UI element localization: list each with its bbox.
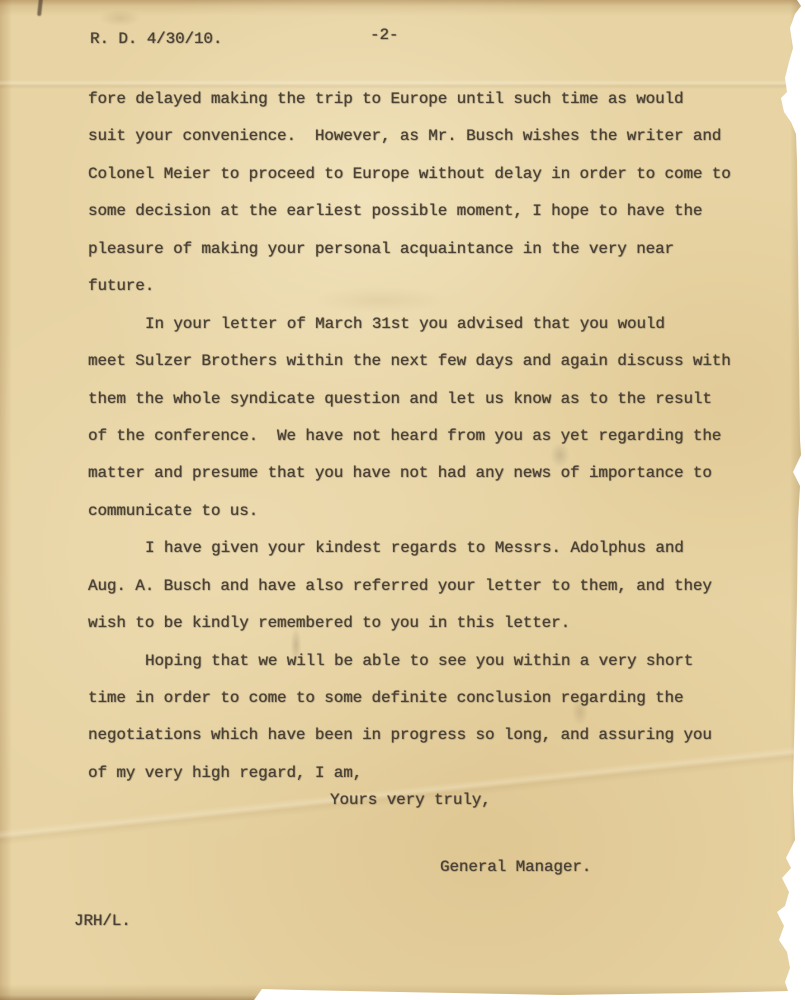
letter-line: Aug. A. Busch and have also referred you…: [88, 568, 765, 605]
letter-closing: Yours very truly,: [330, 791, 491, 809]
signature-title: General Manager.: [440, 858, 591, 876]
letter-reference-date: R. D. 4/30/10.: [90, 30, 222, 48]
letter-line: pleasure of making your personal acquain…: [88, 231, 765, 268]
letter-line: some decision at the earliest possible m…: [88, 193, 765, 230]
letter-line: of the conference. We have not heard fro…: [88, 418, 765, 455]
letter-line: I have given your kindest regards to Mes…: [88, 530, 765, 567]
letter-line: matter and presume that you have not had…: [88, 455, 765, 492]
letter-line: Colonel Meier to proceed to Europe witho…: [88, 156, 765, 193]
pencil-mark: [37, 0, 43, 16]
letter-line: time in order to come to some definite c…: [88, 680, 765, 717]
typist-initials: JRH/L.: [74, 912, 131, 930]
letter-body: fore delayed making the trip to Europe u…: [88, 81, 765, 792]
letter-line: In your letter of March 31st you advised…: [88, 306, 765, 343]
scanned-letter-page: R. D. 4/30/10. -2- fore delayed making t…: [0, 0, 805, 1000]
letter-line: future.: [88, 268, 765, 305]
letter-line: fore delayed making the trip to Europe u…: [88, 81, 765, 118]
paper-sheet: R. D. 4/30/10. -2- fore delayed making t…: [0, 0, 805, 1000]
letter-line: of my very high regard, I am,: [88, 755, 765, 792]
letter-line: wish to be kindly remembered to you in t…: [88, 605, 765, 642]
page-number: -2-: [370, 26, 398, 44]
letter-line: negotiations which have been in progress…: [88, 717, 765, 754]
letter-line: suit your convenience. However, as Mr. B…: [88, 118, 765, 155]
letter-line: them the whole syndicate question and le…: [88, 381, 765, 418]
letter-line: communicate to us.: [88, 493, 765, 530]
letter-line: meet Sulzer Brothers within the next few…: [88, 343, 765, 380]
letter-line: Hoping that we will be able to see you w…: [88, 643, 765, 680]
